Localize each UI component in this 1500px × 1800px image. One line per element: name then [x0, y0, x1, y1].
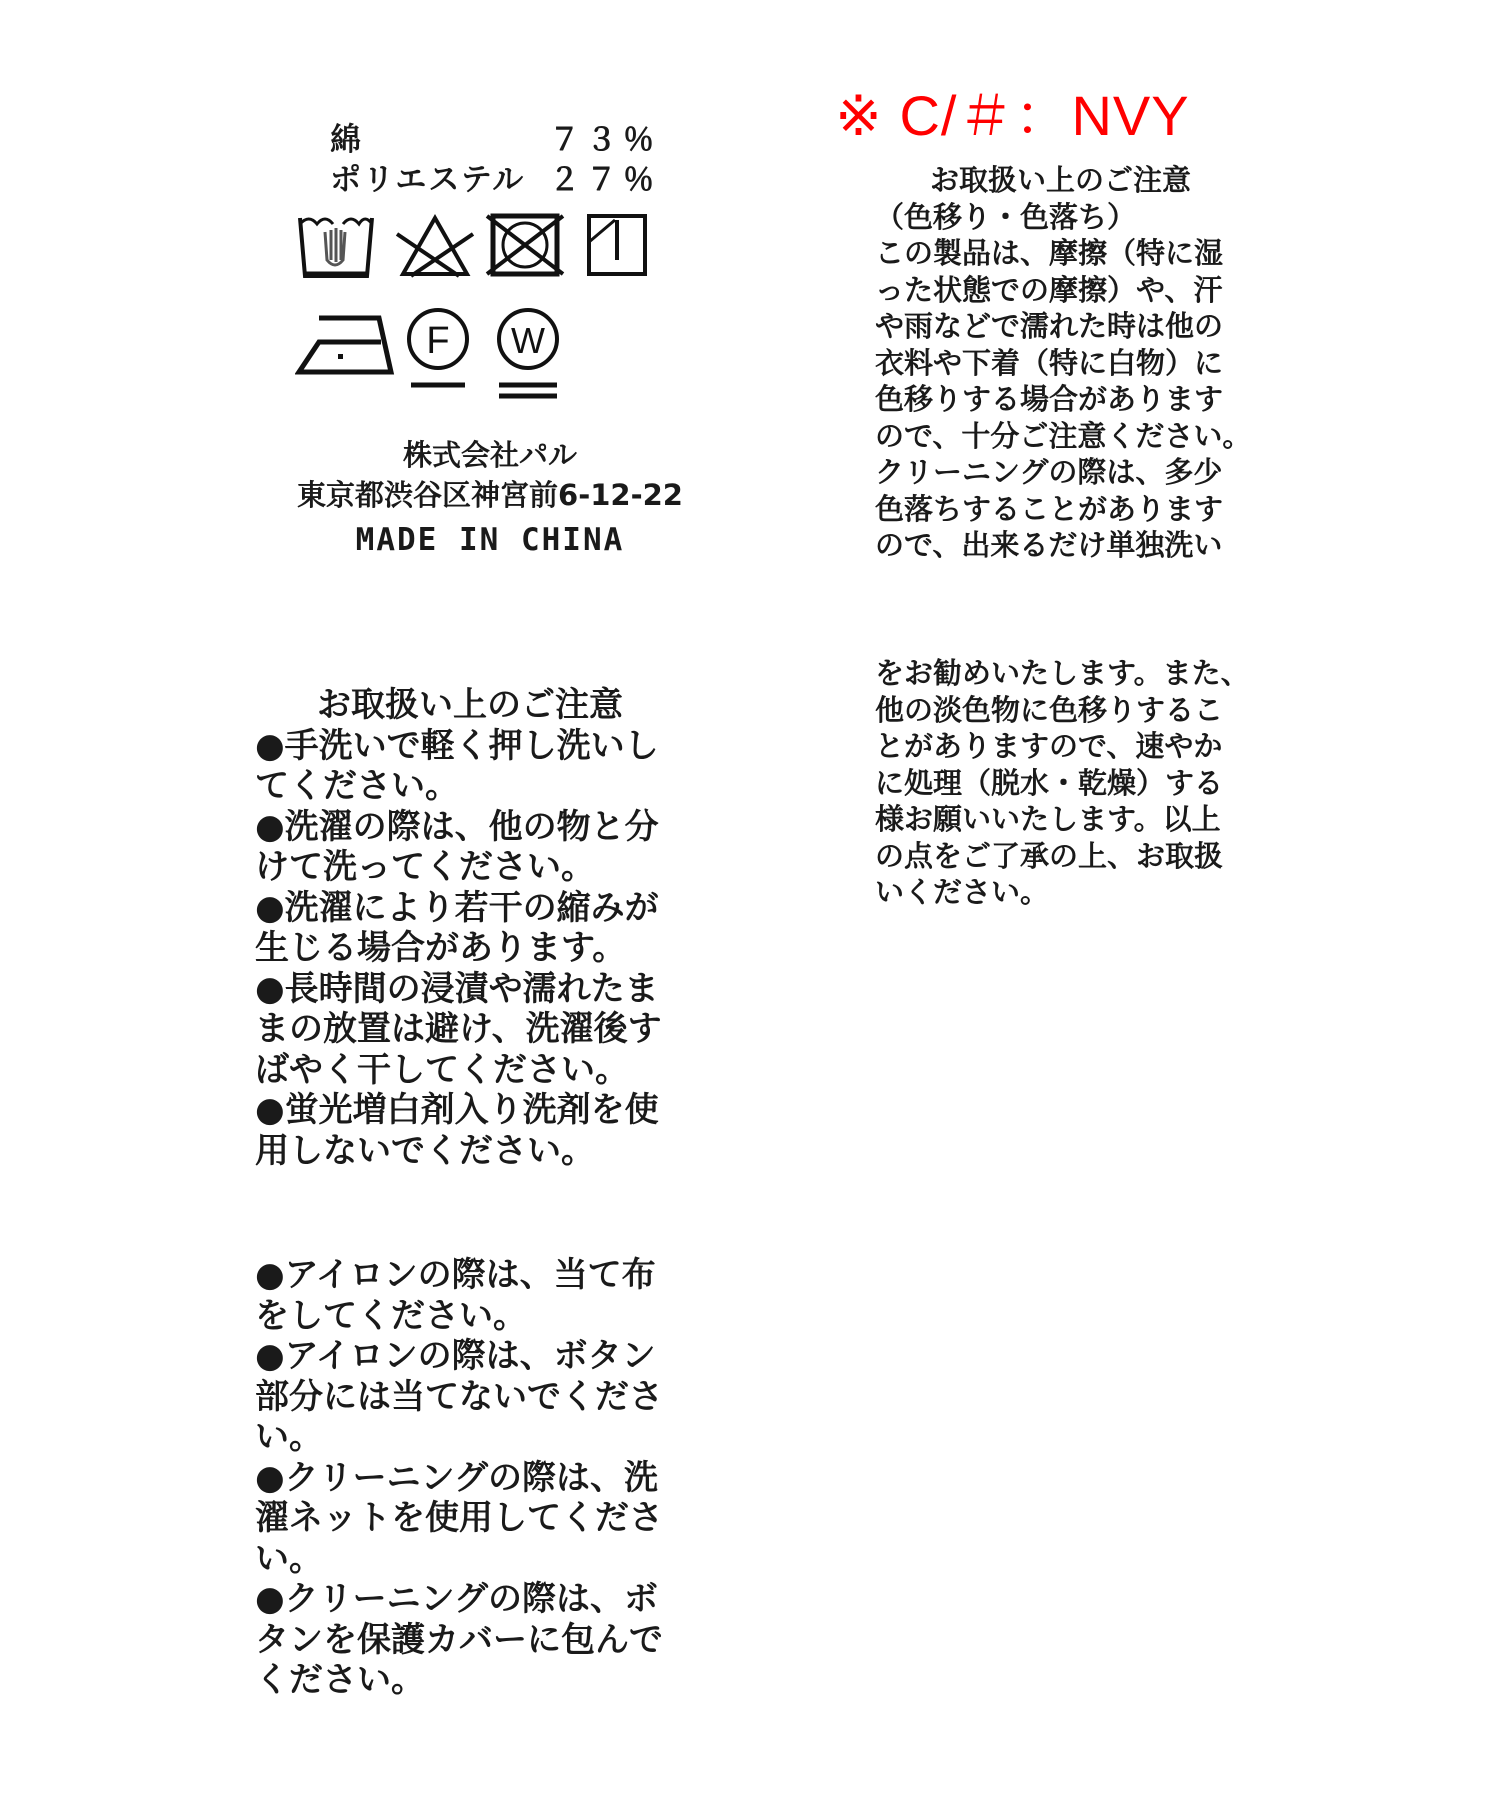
notice-line: い。 [255, 1417, 715, 1458]
notice-line: ●アイロンの際は、当て布 [255, 1255, 715, 1296]
notice-line: に処理（脱水・乾燥）する [875, 765, 1285, 802]
notice-line: ●クリーニングの際は、洗 [255, 1458, 715, 1499]
notice-line: 色落ちすることがあります [875, 491, 1285, 528]
left-care-notice: お取扱い上のご注意 ●手洗いで軽く押し洗いし てください。 ●洗濯の際は、他の物… [255, 685, 715, 1171]
left-care-notice-continued: ●アイロンの際は、当て布 をしてください。 ●アイロンの際は、ボタン 部分には当… [255, 1255, 715, 1701]
notice-line: をお勧めいたします。また、 [875, 655, 1285, 692]
notice-line: ばやく干してください。 [255, 1050, 715, 1091]
notice-line: 部分には当てないでくださ [255, 1377, 715, 1418]
composition-row-cotton: 綿 ７３％ [330, 120, 660, 160]
notice-line: ●クリーニングの際は、ボ [255, 1579, 715, 1620]
drip-dry-shade-icon [585, 210, 649, 278]
notice-line: ●アイロンの際は、ボタン [255, 1336, 715, 1377]
notice-line: ●長時間の浸漬や濡れたま [255, 969, 715, 1010]
notice-line: （色移り・色落ち） [875, 199, 1285, 236]
no-bleach-icon [395, 210, 475, 278]
notice-line: 濯ネットを使用してくださ [255, 1498, 715, 1539]
notice-line: タンを保護カバーに包んで [255, 1620, 715, 1661]
material-label: ポリエステル [330, 160, 525, 200]
care-symbols: F W [295, 210, 695, 410]
notice-line: や雨などで濡れた時は他の [875, 308, 1285, 345]
notice-line: った状態での摩擦）や、汗 [875, 272, 1285, 309]
notice-line: クリーニングの際は、多少 [875, 454, 1285, 491]
material-percent: ２７％ [549, 160, 660, 200]
notice-line: い。 [255, 1539, 715, 1580]
notice-line: いください。 [875, 874, 1285, 911]
notice-line: の点をご了承の上、お取扱 [875, 838, 1285, 875]
notice-line: この製品は、摩擦（特に湿 [875, 235, 1285, 272]
notice-line: まの放置は避け、洗濯後す [255, 1009, 715, 1050]
company-name: 株式会社パル [280, 435, 700, 475]
notice-line: 用しないでください。 [255, 1131, 715, 1172]
notice-line: 他の淡色物に色移りするこ [875, 692, 1285, 729]
wet-clean-w-icon: W [493, 305, 563, 405]
svg-text:W: W [511, 320, 545, 361]
dry-clean-f-icon: F [403, 305, 473, 401]
notice-line: ので、十分ご注意ください。 [875, 418, 1285, 455]
svg-text:F: F [426, 320, 449, 362]
manufacturer-info: 株式会社パル 東京都渋谷区神宮前6-12-22 [280, 435, 700, 515]
notice-title: お取扱い上のご注意 [255, 685, 715, 726]
notice-line: ●手洗いで軽く押し洗いし [255, 726, 715, 767]
color-code-label: ※ C/＃：NVY [835, 72, 1190, 152]
notice-line: 衣料や下着（特に白物）に [875, 345, 1285, 382]
notice-line: 色移りする場合があります [875, 381, 1285, 418]
notice-line: てください。 [255, 766, 715, 807]
iron-low-icon [295, 310, 405, 380]
fiber-composition: 綿 ７３％ ポリエステル ２７％ [330, 120, 660, 200]
notice-line: ●洗濯の際は、他の物と分 [255, 807, 715, 848]
country-of-origin: MADE IN CHINA [280, 522, 700, 558]
notice-line: 様お願いいたします。以上 [875, 801, 1285, 838]
hand-wash-icon [295, 210, 377, 278]
notice-line: とがありますので、速やか [875, 728, 1285, 765]
notice-line: ●洗濯により若干の縮みが [255, 888, 715, 929]
composition-row-polyester: ポリエステル ２７％ [330, 160, 660, 200]
notice-line: ください。 [255, 1660, 715, 1701]
notice-line: 生じる場合があります。 [255, 928, 715, 969]
notice-line: をしてください。 [255, 1296, 715, 1337]
right-care-notice: お取扱い上のご注意 （色移り・色落ち） この製品は、摩擦（特に湿 った状態での摩… [875, 162, 1285, 564]
company-address: 東京都渋谷区神宮前6-12-22 [280, 475, 700, 515]
material-label: 綿 [330, 120, 363, 160]
material-percent: ７３％ [549, 120, 660, 160]
notice-line: けて洗ってください。 [255, 847, 715, 888]
notice-title: お取扱い上のご注意 [875, 162, 1285, 199]
right-care-notice-continued: をお勧めいたします。また、 他の淡色物に色移りするこ とがありますので、速やか … [875, 655, 1285, 911]
notice-line: ので、出来るだけ単独洗い [875, 527, 1285, 564]
no-tumble-dry-icon [485, 210, 565, 278]
notice-line: ●蛍光増白剤入り洗剤を使 [255, 1090, 715, 1131]
